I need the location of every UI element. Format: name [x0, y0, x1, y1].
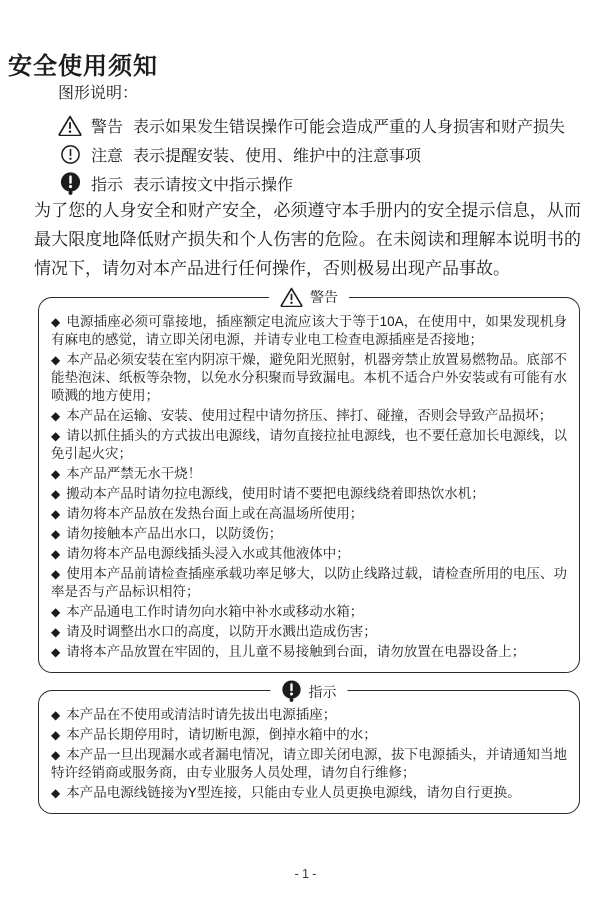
manual-page: { "page": { "title": "安全使用须知", "page_num… — [0, 0, 614, 924]
warning-item-text: 请以抓住插头的方式拔出电源线，请勿直接拉扯电源线，也不要任意加长电源线，以免引起… — [51, 428, 567, 461]
diamond-bullet-icon: ◆ — [51, 547, 60, 561]
instruction-item-text: 本产品长期停用时，请切断电源，倒掉水箱中的水； — [66, 727, 377, 742]
warning-item: ◆电源插座必须可靠接地，插座额定电流应该大于等于10A，在使用中，如果发现机身有… — [51, 313, 567, 349]
warning-item: ◆请勿将本产品电源线插头浸入水或其他液体中； — [51, 545, 567, 563]
warning-list: ◆电源插座必须可靠接地，插座额定电流应该大于等于10A，在使用中，如果发现机身有… — [51, 313, 567, 661]
diamond-bullet-icon: ◆ — [51, 748, 60, 762]
warning-item: ◆本产品在运输、安装、使用过程中请勿挤压、摔打、碰撞，否则会导致产品损坏； — [51, 407, 567, 425]
warning-item-text: 本产品严禁无水干烧！ — [66, 466, 201, 481]
warning-item: ◆搬动本产品时请勿拉电源线，使用时请不要把电源线绕着即热饮水机； — [51, 485, 567, 503]
instruction-item: ◆本产品在不使用或清洁时请先拔出电源插座； — [51, 706, 567, 724]
legend-row-instruction: 指示 表示请按文中指示操作 — [58, 169, 606, 198]
warning-item-text: 使用本产品前请检查插座承载功率足够大，以防止线路过载，请检查所用的电压、功率是否… — [51, 566, 567, 599]
instruction-box-title: 指示 — [309, 682, 337, 702]
warning-item-text: 本产品通电工作时请勿向水箱中补水或移动水箱； — [66, 604, 363, 619]
instruction-item: ◆本产品一旦出现漏水或者漏电情况，请立即关闭电源，拔下电源插头，并请通知当地特许… — [51, 746, 567, 782]
diamond-bullet-icon: ◆ — [51, 605, 60, 619]
legend-text-caution: 表示提醒安装、使用、维护中的注意事项 — [133, 143, 421, 166]
warning-item-text: 本产品在运输、安装、使用过程中请勿挤压、摔打、碰撞，否则会导致产品损坏； — [66, 408, 552, 423]
legend-text-warning: 表示如果发生错误操作可能会造成严重的人身损害和财产损失 — [133, 114, 565, 137]
warning-box-legend: 警告 — [269, 287, 349, 307]
legend-row-warning: 警告 表示如果发生错误操作可能会造成严重的人身损害和财产损失 — [58, 111, 606, 140]
warning-item: ◆本产品必须安装在室内阴凉干燥，避免阳光照射，机器旁禁止放置易燃物品。底部不能垫… — [51, 351, 567, 405]
icon-legend: 图形说明： 警告 表示如果发生错误操作可能会造成严重的人身损害和财产损失 注意 … — [58, 80, 606, 198]
instruction-circle-icon — [58, 172, 82, 196]
warning-item-text: 请将本产品放置在牢固的，且儿童不易接触到台面，请勿放置在电器设备上； — [66, 644, 525, 659]
page-title: 安全使用须知 — [8, 46, 158, 81]
warning-item: ◆请以抓住插头的方式拔出电源线，请勿直接拉扯电源线，也不要任意加长电源线，以免引… — [51, 427, 567, 463]
instruction-box: 指示 ◆本产品在不使用或清洁时请先拔出电源插座； ◆本产品长期停用时，请切断电源… — [38, 690, 580, 814]
caution-circle-icon — [58, 144, 82, 165]
warning-item: ◆请勿接触本产品出水口，以防烫伤； — [51, 525, 567, 543]
intro-paragraph: 为了您的人身安全和财产安全，必须遵守本手册内的安全提示信息，从而最大限度地降低财… — [34, 196, 581, 283]
diamond-bullet-icon: ◆ — [51, 315, 60, 329]
diamond-bullet-icon: ◆ — [51, 467, 60, 481]
warning-box-title: 警告 — [310, 287, 338, 307]
legend-label-instruction: 指示 — [91, 172, 123, 195]
diamond-bullet-icon: ◆ — [51, 507, 60, 521]
instruction-item: ◆本产品长期停用时，请切断电源，倒掉水箱中的水； — [51, 726, 567, 744]
diamond-bullet-icon: ◆ — [51, 708, 60, 722]
warning-item-text: 本产品必须安装在室内阴凉干燥，避免阳光照射，机器旁禁止放置易燃物品。底部不能垫泡… — [51, 352, 567, 403]
legend-label-warning: 警告 — [91, 114, 123, 137]
instruction-box-legend: 指示 — [271, 680, 348, 703]
diamond-bullet-icon: ◆ — [51, 625, 60, 639]
diamond-bullet-icon: ◆ — [51, 567, 60, 581]
instruction-item-text: 本产品电源线链接为Y型连接，只能由专业人员更换电源线，请勿自行更换。 — [66, 785, 521, 800]
warning-item: ◆请及时调整出水口的高度，以防开水溅出造成伤害； — [51, 623, 567, 641]
diamond-bullet-icon: ◆ — [51, 409, 60, 423]
warning-triangle-icon — [280, 287, 303, 307]
diamond-bullet-icon: ◆ — [51, 353, 60, 367]
warning-item: ◆使用本产品前请检查插座承载功率足够大，以防止线路过载，请检查所用的电压、功率是… — [51, 565, 567, 601]
warning-item-text: 请勿将本产品放在发热台面上或在高温场所使用； — [66, 506, 363, 521]
legend-label-caution: 注意 — [91, 143, 123, 166]
instruction-item-text: 本产品在不使用或清洁时请先拔出电源插座； — [66, 707, 336, 722]
diamond-bullet-icon: ◆ — [51, 786, 60, 800]
diamond-bullet-icon: ◆ — [51, 645, 60, 659]
legend-heading: 图形说明： — [58, 80, 606, 103]
page-number: -1- — [0, 866, 614, 881]
diamond-bullet-icon: ◆ — [51, 429, 60, 443]
warning-item-text: 电源插座必须可靠接地，插座额定电流应该大于等于10A，在使用中，如果发现机身有麻… — [51, 314, 567, 347]
warning-item-text: 请勿将本产品电源线插头浸入水或其他液体中； — [66, 546, 350, 561]
warning-item-text: 请勿接触本产品出水口，以防烫伤； — [66, 526, 282, 541]
warning-item-text: 请及时调整出水口的高度，以防开水溅出造成伤害； — [66, 624, 377, 639]
warning-item: ◆请将本产品放置在牢固的，且儿童不易接触到台面，请勿放置在电器设备上； — [51, 643, 567, 661]
diamond-bullet-icon: ◆ — [51, 527, 60, 541]
warning-item-text: 搬动本产品时请勿拉电源线，使用时请不要把电源线绕着即热饮水机； — [66, 486, 485, 501]
warning-box: 警告 ◆电源插座必须可靠接地，插座额定电流应该大于等于10A，在使用中，如果发现… — [38, 297, 580, 673]
legend-text-instruction: 表示请按文中指示操作 — [133, 172, 293, 195]
legend-row-caution: 注意 表示提醒安装、使用、维护中的注意事项 — [58, 140, 606, 169]
instruction-item-text: 本产品一旦出现漏水或者漏电情况，请立即关闭电源，拔下电源插头，并请通知当地特许经… — [51, 747, 567, 780]
warning-item: ◆本产品通电工作时请勿向水箱中补水或移动水箱； — [51, 603, 567, 621]
diamond-bullet-icon: ◆ — [51, 487, 60, 501]
instruction-item: ◆本产品电源线链接为Y型连接，只能由专业人员更换电源线，请勿自行更换。 — [51, 784, 567, 802]
warning-item: ◆请勿将本产品放在发热台面上或在高温场所使用； — [51, 505, 567, 523]
instruction-list: ◆本产品在不使用或清洁时请先拔出电源插座； ◆本产品长期停用时，请切断电源，倒掉… — [51, 706, 567, 802]
warning-triangle-icon — [58, 115, 82, 136]
instruction-circle-icon — [282, 680, 302, 703]
warning-item: ◆本产品严禁无水干烧！ — [51, 465, 567, 483]
diamond-bullet-icon: ◆ — [51, 728, 60, 742]
